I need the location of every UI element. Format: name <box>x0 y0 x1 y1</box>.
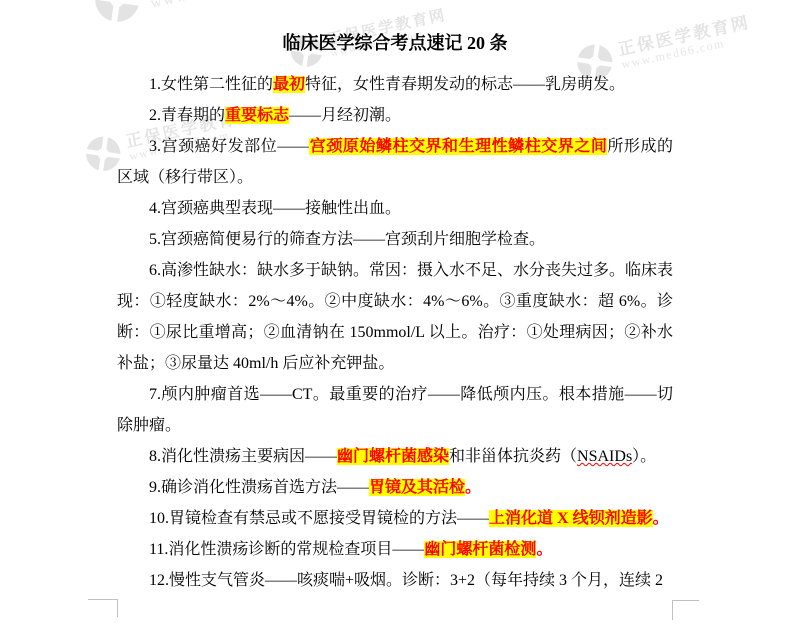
text-segment: 6.高渗性缺水：缺水多于缺钠。常因：摄入水不足、水分丧失过多。临床表现：①轻度缺… <box>117 262 673 372</box>
list-item-12: 12.慢性支气管炎——咳痰喘+吸烟。诊断：3+2（每年持续 3 个月，连续 2 <box>117 565 673 596</box>
page-title: 临床医学综合考点速记 20 条 <box>117 29 673 57</box>
text-segment: 2.青春期的 <box>149 107 225 124</box>
spellcheck-underlined-segment: NSAIDs <box>577 448 632 465</box>
text-segment: 5.宫颈癌简便易行的筛查方法——宫颈刮片细胞学检查。 <box>149 231 545 248</box>
highlighted-segment: 幽门螺杆菌检测 <box>424 541 536 558</box>
text-segment: 11.消化性溃疡诊断的常规检查项目—— <box>149 541 424 558</box>
text-segment: 9.确诊消化性溃疡首选方法—— <box>149 479 369 496</box>
text-segment: 7.颅内肿瘤首选——CT。最重要的治疗——降低颅内压。根本措施——切除肿瘤。 <box>117 386 673 434</box>
list-item-8: 8.消化性溃疡主要病因——幽门螺杆菌感染和非甾体抗炎药（NSAIDs）。 <box>117 441 673 472</box>
text-segment: 12.慢性支气管炎——咳痰喘+吸烟。诊断：3+2（每年持续 3 个月，连续 2 <box>149 572 663 589</box>
highlighted-segment: 最初 <box>273 76 305 93</box>
list-item-11: 11.消化性溃疡诊断的常规检查项目——幽门螺杆菌检测。 <box>117 534 673 565</box>
list-item-10: 10.胃镜检查有禁忌或不愿接受胃镜检的方法——上消化道 X 线钡剂造影。 <box>117 503 673 534</box>
highlighted-segment: 上消化道 X 线钡剂造影 <box>489 510 653 527</box>
red-text-segment: 。 <box>653 510 669 527</box>
red-text-segment: 。 <box>536 541 552 558</box>
red-text-segment: 。 <box>465 479 481 496</box>
text-segment: 特征，女性青春期发动的标志——乳房萌发。 <box>305 76 625 93</box>
list-item-9: 9.确诊消化性溃疡首选方法——胃镜及其活检。 <box>117 472 673 503</box>
watermark: 正保医学教育网 www.med66.com <box>90 0 318 27</box>
list-item-5: 5.宫颈癌简便易行的筛查方法——宫颈刮片细胞学检查。 <box>117 224 673 255</box>
list-item-6: 6.高渗性缺水：缺水多于缺钠。常因：摄入水不足、水分丧失过多。临床表现：①轻度缺… <box>117 255 673 379</box>
highlighted-segment: 重要标志 <box>225 107 289 124</box>
text-segment: 4.宫颈癌典型表现——接触性出血。 <box>149 200 401 217</box>
text-boundary-mark-bottom-right <box>672 600 699 620</box>
list-item-2: 2.青春期的重要标志——月经初潮。 <box>117 100 673 131</box>
text-boundary-mark-bottom-left <box>88 599 118 617</box>
text-segment: 10.胃镜检查有禁忌或不愿接受胃镜检的方法—— <box>149 510 489 527</box>
text-segment: ——月经初潮。 <box>289 107 401 124</box>
highlighted-segment: 胃镜及其活检 <box>369 479 465 496</box>
text-segment: ）。 <box>632 448 656 465</box>
document-body: 1.女性第二性征的最初特征，女性青春期发动的标志——乳房萌发。 2.青春期的重要… <box>117 69 673 596</box>
highlighted-segment: 幽门螺杆菌感染 <box>337 448 449 465</box>
list-item-3: 3.宫颈癌好发部位——宫颈原始鳞柱交界和生理性鳞柱交界之间所形成的区域（移行带区… <box>117 131 673 193</box>
document-page: 正保医学教育网 www.med66.com 正保医学教育网 www.med66.… <box>0 0 791 642</box>
list-item-1: 1.女性第二性征的最初特征，女性青春期发动的标志——乳房萌发。 <box>117 69 673 100</box>
text-segment: 8.消化性溃疡主要病因—— <box>149 448 337 465</box>
list-item-7: 7.颅内肿瘤首选——CT。最重要的治疗——降低颅内压。根本措施——切除肿瘤。 <box>117 379 673 441</box>
text-segment: 1.女性第二性征的 <box>149 76 273 93</box>
med66-logo-icon <box>90 0 145 27</box>
watermark-site-url: www.med66.com <box>149 0 317 13</box>
list-item-4: 4.宫颈癌典型表现——接触性出血。 <box>117 193 673 224</box>
text-segment: 3.宫颈癌好发部位—— <box>149 138 309 155</box>
text-segment: 和非甾体抗炎药（ <box>449 448 577 465</box>
highlighted-segment: 宫颈原始鳞柱交界和生理性鳞柱交界之间 <box>309 138 607 155</box>
